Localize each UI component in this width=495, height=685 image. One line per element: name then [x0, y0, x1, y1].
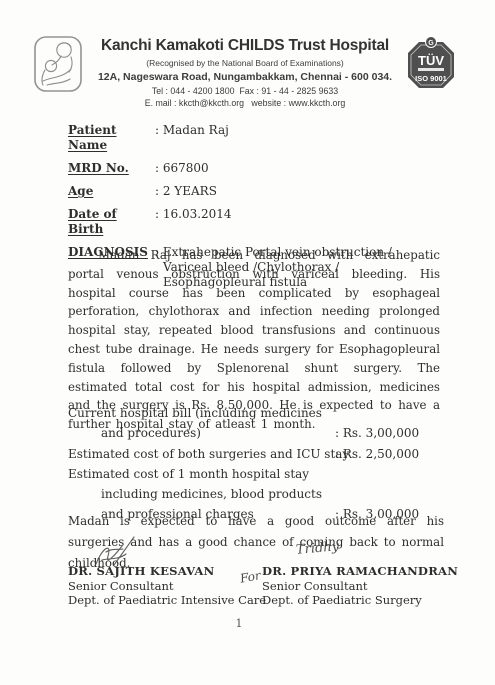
- page-number: 1: [0, 617, 478, 630]
- signature-block-left: DR. SAJITH KESAVAN Senior Consultant Dep…: [68, 564, 266, 608]
- cost-row: Estimated cost of both surgeries and ICU…: [68, 444, 440, 464]
- cost-item-label: Estimated cost of 1 month hospital stay: [68, 467, 309, 481]
- signature-block-right: DR. PRIYA RAMACHANDRAN Senior Consultant…: [262, 564, 458, 608]
- cost-item-label: including medicines, blood products: [68, 487, 322, 501]
- field-age: Age : 2 YEARS: [68, 184, 440, 199]
- field-date-of-birth: Date of Birth : 16.03.2014: [68, 207, 440, 237]
- cost-item-amount: : Rs. 3,00,000: [335, 423, 419, 443]
- field-label: Age: [68, 184, 155, 199]
- hospital-email-website: E. mail : kkcth@kkcth.org website : www.…: [88, 98, 402, 108]
- field-value: : 667800: [155, 161, 440, 176]
- cost-breakdown: Current hospital bill (including medicin…: [68, 403, 440, 525]
- signatory-name: DR. PRIYA RAMACHANDRAN: [262, 564, 458, 579]
- signatory-department: Dept. of Paediatric Surgery: [262, 593, 458, 608]
- tuv-iso-9001-badge-icon: G TÜV ISO 9001: [402, 34, 460, 100]
- field-label: Patient Name: [68, 123, 155, 153]
- cost-row: Current hospital bill (including medicin…: [68, 403, 440, 423]
- svg-text:ISO 9001: ISO 9001: [415, 74, 447, 83]
- svg-text:G: G: [428, 40, 434, 47]
- signatory-title: Senior Consultant: [262, 579, 458, 594]
- hospital-name: Kanchi Kamakoti CHILDS Trust Hospital: [88, 37, 402, 55]
- field-patient-name: Patient Name : Madan Raj: [68, 123, 440, 153]
- field-value: : Madan Raj: [155, 123, 440, 153]
- letterhead: Kanchi Kamakoti CHILDS Trust Hospital (R…: [88, 37, 402, 108]
- field-value: : 16.03.2014: [155, 207, 440, 237]
- hospital-subtitle: (Recognised by the National Board of Exa…: [88, 58, 402, 68]
- field-value: : 2 YEARS: [155, 184, 440, 199]
- mother-child-logo-icon: [33, 35, 83, 97]
- hospital-address: 12A, Nageswara Road, Nungambakkam, Chenn…: [88, 71, 402, 83]
- signatory-name: DR. SAJITH KESAVAN: [68, 564, 266, 579]
- cost-item-label: Estimated cost of both surgeries and ICU…: [68, 447, 349, 461]
- cost-item-amount: : Rs. 2,50,000: [335, 444, 419, 464]
- field-mrd-no: MRD No. : 667800: [68, 161, 440, 176]
- cost-row: Estimated cost of 1 month hospital stay: [68, 464, 440, 484]
- cost-item-label: Current hospital bill (including medicin…: [68, 406, 322, 420]
- scanned-hospital-letter: Kanchi Kamakoti CHILDS Trust Hospital (R…: [0, 0, 495, 685]
- cost-item-label: and procedures): [68, 426, 201, 440]
- signatory-department: Dept. of Paediatric Intensive Care: [68, 593, 266, 608]
- cost-row: and procedures) : Rs. 3,00,000: [68, 423, 440, 443]
- hospital-phone-fax: Tel : 044 - 4200 1800 Fax : 91 - 44 - 28…: [88, 86, 402, 96]
- cost-row: including medicines, blood products: [68, 484, 440, 504]
- field-label: Date of Birth: [68, 207, 155, 237]
- svg-text:TÜV: TÜV: [418, 53, 444, 68]
- field-label: MRD No.: [68, 161, 155, 176]
- signatory-title: Senior Consultant: [68, 579, 266, 594]
